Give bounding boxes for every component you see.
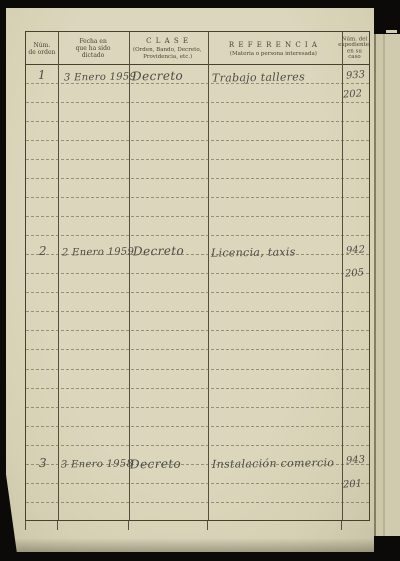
entry-2-clase: Decreto: [133, 244, 184, 259]
entry-3-referencia: Instalación comercio: [212, 456, 334, 471]
entry-3-expediente: 943: [346, 454, 366, 466]
entry-1-clase: Decreto: [132, 69, 183, 84]
entry-2-referencia: Licencia, taxis: [211, 245, 296, 259]
entry-1-num: 1: [38, 68, 46, 82]
entry-2-folio: 205: [345, 267, 365, 279]
scanned-paper-page: Núm. de orden Fecha en que ha sido dicta…: [6, 8, 374, 552]
ink-overshoot: [128, 521, 129, 530]
entry-1-fecha: 3 Enero 1959: [64, 71, 136, 83]
entry-2-num: 2: [39, 244, 47, 258]
entry-3-fecha: 3 Enero 1958: [61, 458, 133, 470]
ink-overshoot: [207, 521, 208, 530]
entry-1-expediente: 933: [346, 69, 366, 81]
entry-3-num: 3: [39, 456, 47, 470]
page-edge-mark: [386, 30, 397, 33]
entry-3-clase: Decreto: [130, 457, 181, 472]
decree-register-table: Núm. de orden Fecha en que ha sido dicta…: [25, 31, 370, 521]
ink-overshoot: [341, 521, 342, 530]
entry-1-referencia: Trabajo talleres: [212, 70, 305, 84]
ink-overshoot: [25, 521, 26, 530]
entry-2-expediente: 942: [346, 244, 366, 256]
scan-edge-top: [0, 0, 400, 8]
entry-3-folio: 201: [343, 478, 363, 490]
paper-bottom-shadow: [6, 538, 374, 552]
ink-overshoot: [57, 521, 58, 530]
handwritten-entries: 1 3 Enero 1959 Decreto Trabajo talleres …: [26, 32, 369, 520]
scan-edge-bottom: [0, 552, 400, 561]
entry-1-folio: 202: [343, 88, 363, 100]
book-fore-edge: [374, 0, 400, 561]
entry-2-fecha: 2 Enero 1959: [62, 246, 134, 258]
